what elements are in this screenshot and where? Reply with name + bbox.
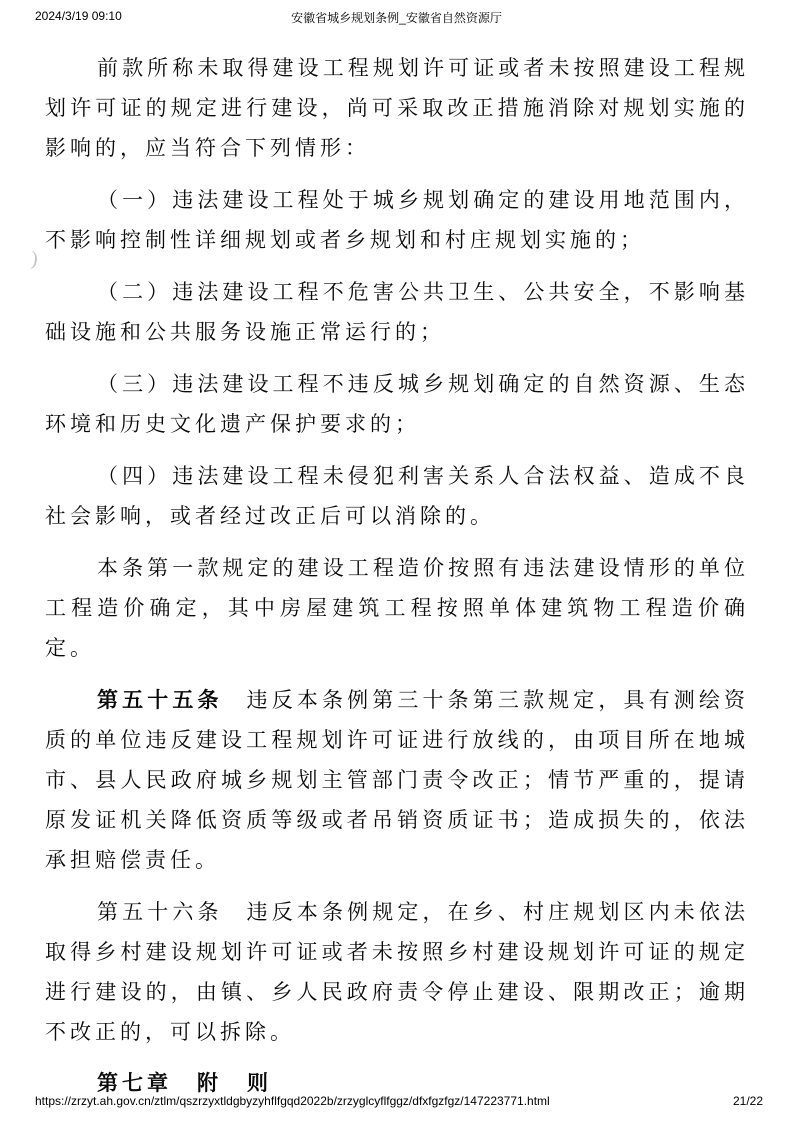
paragraph-item-3: （三）违法建设工程不违反城乡规划确定的自然资源、生态环境和历史文化遗产保护要求的…	[45, 364, 749, 444]
page-indicator: 21/22	[733, 1094, 763, 1108]
print-preview-page: 2024/3/19 09:10 安徽省城乡规划条例_安徽省自然资源厅 ) 前款所…	[0, 0, 793, 1122]
document-body: 前款所称未取得建设工程规划许可证或者未按照建设工程规划许可证的规定进行建设，尚可…	[45, 48, 749, 1116]
article-56-number: 第五十六条	[97, 900, 223, 924]
print-timestamp: 2024/3/19 09:10	[35, 9, 122, 23]
paragraph-item-4: （四）违法建设工程未侵犯利害关系人合法权益、造成不良社会影响，或者经过改正后可以…	[45, 456, 749, 536]
scan-artifact: )	[30, 248, 39, 272]
print-header: 2024/3/19 09:10 安徽省城乡规划条例_安徽省自然资源厅	[0, 9, 793, 27]
paragraph-article-55: 第五十五条违反本条例第三十条第三款规定，具有测绘资质的单位违反建设工程规划许可证…	[45, 680, 749, 880]
paragraph-article-56: 第五十六条违反本条例规定，在乡、村庄规划区内未依法取得乡村建设规划许可证或者未按…	[45, 892, 749, 1052]
paragraph-intro: 前款所称未取得建设工程规划许可证或者未按照建设工程规划许可证的规定进行建设，尚可…	[45, 48, 749, 168]
paragraph-item-2: （二）违法建设工程不危害公共卫生、公共安全，不影响基础设施和公共服务设施正常运行…	[45, 272, 749, 352]
paragraph-item-1: （一）违法建设工程处于城乡规划确定的建设用地范围内，不影响控制性详细规划或者乡规…	[45, 180, 749, 260]
article-55-number: 第五十五条	[97, 688, 223, 712]
article-55-text: 违反本条例第三十条第三款规定，具有测绘资质的单位违反建设工程规划许可证进行放线的…	[45, 688, 749, 872]
print-footer: https://zrzyt.ah.gov.cn/ztlm/qszrzyxtldg…	[35, 1094, 763, 1108]
paragraph-cost-rule: 本条第一款规定的建设工程造价按照有违法建设情形的单位工程造价确定，其中房屋建筑工…	[45, 548, 749, 668]
footer-url: https://zrzyt.ah.gov.cn/ztlm/qszrzyxtldg…	[35, 1094, 550, 1108]
